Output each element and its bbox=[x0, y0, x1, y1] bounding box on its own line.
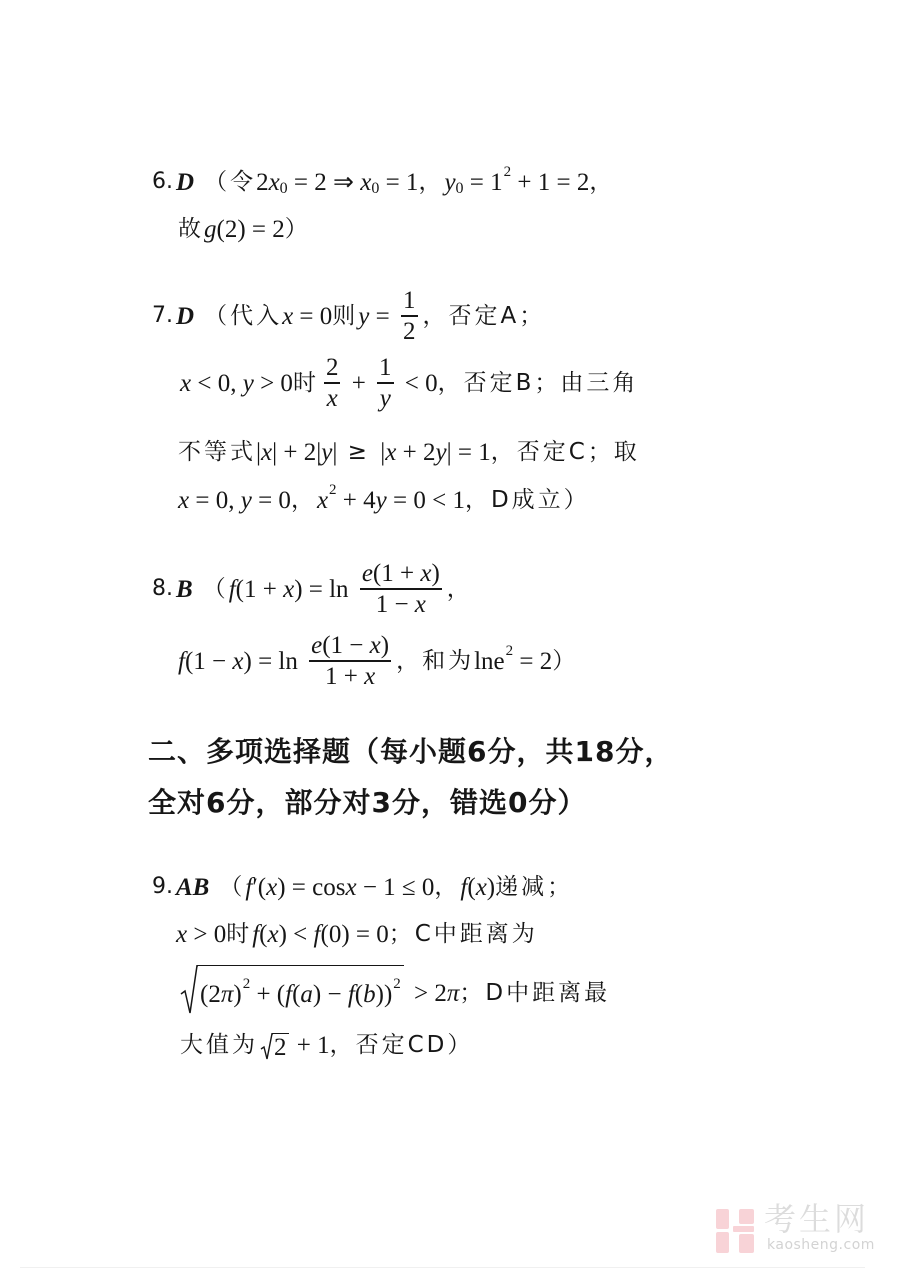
math-variable: y bbox=[321, 440, 332, 465]
math-variable: y bbox=[436, 440, 447, 465]
math-variable: f bbox=[252, 922, 259, 947]
math-variable: x bbox=[476, 875, 487, 900]
q6-line-2: 故 g (2) = 2 ） bbox=[178, 199, 311, 259]
math-text: ) bbox=[381, 633, 389, 658]
answer-choice: AB bbox=[176, 875, 209, 900]
math-text: (1 − bbox=[185, 649, 232, 674]
math-text: 2 bbox=[326, 355, 339, 380]
math-text: lne bbox=[474, 649, 505, 674]
explanation-text: 不等式 bbox=[178, 441, 256, 464]
math-variable: x bbox=[283, 577, 294, 602]
math-superscript: 2 bbox=[506, 644, 514, 659]
math-superscript: 2 bbox=[329, 483, 337, 498]
math-variable: x bbox=[360, 170, 371, 195]
explanation-text: ，否定CD） bbox=[330, 1034, 474, 1057]
inequality-symbol: ≥ bbox=[337, 441, 380, 464]
explanation-text: 时 bbox=[293, 372, 319, 395]
fraction-bar bbox=[401, 315, 418, 317]
explanation-text: ， bbox=[434, 876, 460, 899]
math-text: = 1 bbox=[379, 170, 418, 195]
math-superscript: 2 bbox=[243, 977, 251, 992]
explanation-text: （令 bbox=[204, 171, 256, 194]
explanation-text: ， bbox=[291, 489, 317, 512]
radical-sign-icon bbox=[260, 1033, 273, 1060]
math-variable: g bbox=[204, 217, 217, 242]
math-text: = 0 bbox=[293, 304, 332, 329]
math-text: ) bbox=[487, 875, 495, 900]
q8-line-2: f (1 − x ) = ln e (1 − x ) 1 + x ，和为 lne… bbox=[178, 631, 578, 691]
math-text: + 4 bbox=[337, 488, 376, 513]
fraction-bar bbox=[324, 382, 341, 384]
math-text: = bbox=[369, 304, 396, 329]
fraction-bar bbox=[309, 660, 391, 662]
explanation-text: 递减； bbox=[495, 876, 573, 899]
math-subscript: 0 bbox=[371, 181, 379, 197]
math-variable: e bbox=[311, 633, 322, 658]
math-text: (1 + bbox=[236, 577, 283, 602]
math-text: (1 + bbox=[373, 561, 420, 586]
explanation-text: ，否定A； bbox=[423, 305, 546, 328]
math-text: > 0 bbox=[187, 922, 226, 947]
explanation-text: ） bbox=[552, 650, 578, 673]
math-text: 2 bbox=[403, 319, 416, 344]
fraction-denominator: x bbox=[325, 386, 340, 411]
math-text: = 0 < 1 bbox=[387, 488, 465, 513]
radicand: (2 π ) 2 + ( f ( a ) − f ( b )) 2 bbox=[198, 965, 404, 1014]
math-variable: x bbox=[268, 922, 279, 947]
math-variable: e bbox=[362, 561, 373, 586]
explanation-text: 故 bbox=[178, 218, 204, 241]
math-variable: x bbox=[269, 170, 280, 195]
kaosheng-logo-icon bbox=[716, 1209, 754, 1253]
math-text: (1 − bbox=[322, 633, 369, 658]
answer-key-page: 6. D （令 2 x 0 = 2 ⇒ x 0 = 1 ， y 0 = 1 2 … bbox=[0, 0, 900, 1273]
math-text: = 0, bbox=[189, 488, 241, 513]
math-variable: x bbox=[364, 664, 375, 689]
explanation-text: ；C中距离为 bbox=[389, 923, 538, 946]
math-variable: x bbox=[266, 875, 277, 900]
math-text: ( bbox=[467, 875, 475, 900]
square-root: 2 bbox=[260, 1033, 289, 1060]
q8-line-1: 8. B （ f (1 + x ) = ln e (1 + x ) 1 − x … bbox=[152, 559, 473, 619]
math-text: ) = ln bbox=[244, 649, 305, 674]
math-text: ) bbox=[431, 561, 439, 586]
math-text: = 2 ⇒ bbox=[288, 170, 361, 195]
math-variable: x bbox=[176, 922, 187, 947]
fraction: e (1 + x ) 1 − x bbox=[360, 561, 442, 617]
math-variable: x bbox=[327, 386, 338, 411]
bottom-divider bbox=[20, 1267, 865, 1268]
math-variable: y bbox=[358, 304, 369, 329]
fraction-numerator: e (1 − x ) bbox=[309, 633, 391, 658]
math-superscript: 2 bbox=[393, 977, 401, 992]
section-heading: 二、多项选择题（每小题6分，共18分， bbox=[148, 738, 673, 766]
question-number: 7. bbox=[152, 305, 173, 327]
math-text: < 0 bbox=[399, 371, 438, 396]
math-text: (2) = 2 bbox=[217, 217, 285, 242]
math-variable: π bbox=[447, 981, 460, 1006]
math-text: ′( bbox=[252, 875, 266, 900]
math-text: = 1 bbox=[464, 170, 503, 195]
fraction: 1 2 bbox=[401, 288, 418, 344]
math-variable: y bbox=[444, 170, 455, 195]
math-text: > 0 bbox=[254, 371, 293, 396]
math-variable: f bbox=[348, 982, 355, 1007]
math-variable: f bbox=[460, 875, 467, 900]
explanation-text: （ bbox=[219, 876, 245, 899]
math-variable: x bbox=[232, 649, 243, 674]
fraction-numerator: 1 bbox=[401, 288, 418, 313]
math-variable: x bbox=[385, 440, 396, 465]
explanation-text: （ bbox=[203, 578, 229, 601]
math-variable: x bbox=[261, 440, 272, 465]
math-text: 1 − bbox=[376, 592, 415, 617]
section-heading-line-2: 全对6分，部分对3分，错选0分） bbox=[148, 773, 586, 833]
explanation-text: 则 bbox=[332, 305, 358, 328]
math-variable: y bbox=[241, 488, 252, 513]
math-subscript: 0 bbox=[280, 181, 288, 197]
fraction-denominator: 1 − x bbox=[374, 592, 428, 617]
math-variable: f bbox=[314, 922, 321, 947]
math-variable: x bbox=[370, 633, 381, 658]
math-text: 1 bbox=[403, 288, 416, 313]
radicand: 2 bbox=[273, 1033, 289, 1060]
radical-sign-icon bbox=[180, 965, 198, 1014]
math-variable: a bbox=[300, 982, 313, 1007]
math-text: 2 bbox=[256, 170, 269, 195]
fraction-denominator: 2 bbox=[401, 319, 418, 344]
math-text: (2 bbox=[200, 982, 221, 1007]
math-variable: x bbox=[178, 488, 189, 513]
question-number: 9. bbox=[152, 876, 173, 898]
math-text: (0) = 0 bbox=[321, 922, 389, 947]
q7-line-2: x < 0, y > 0 时 2 x + 1 y < 0 ，否定B；由三角 bbox=[180, 353, 638, 413]
math-variable: f bbox=[245, 875, 252, 900]
math-text: − 1 ≤ 0 bbox=[357, 875, 435, 900]
math-text: ( bbox=[259, 922, 267, 947]
explanation-text: ，否定C；取 bbox=[491, 441, 640, 464]
explanation-text: ） bbox=[285, 218, 311, 241]
math-text: ) < bbox=[279, 922, 314, 947]
question-number: 8. bbox=[152, 578, 173, 600]
answer-choice: D bbox=[176, 170, 194, 195]
fraction-numerator: 2 bbox=[324, 355, 341, 380]
math-variable: y bbox=[243, 371, 254, 396]
fraction-denominator: 1 + x bbox=[323, 664, 377, 689]
answer-choice: D bbox=[176, 304, 194, 329]
math-variable: y bbox=[376, 488, 387, 513]
math-variable: b bbox=[363, 982, 376, 1007]
math-variable: x bbox=[317, 488, 328, 513]
math-text: ) bbox=[233, 982, 241, 1007]
math-text: + 2 bbox=[396, 440, 435, 465]
explanation-text: ，D成立） bbox=[465, 489, 590, 512]
q9-line-3: (2 π ) 2 + ( f ( a ) − f ( b )) 2 > 2 π … bbox=[180, 963, 610, 1023]
math-text: 1 bbox=[379, 355, 392, 380]
math-text: + 1 bbox=[291, 1033, 330, 1058]
math-variable: x bbox=[180, 371, 191, 396]
question-number: 6. bbox=[152, 171, 173, 193]
math-text: 2 bbox=[274, 1035, 287, 1060]
math-variable: π bbox=[221, 982, 234, 1007]
explanation-text: ；D中距离最 bbox=[459, 982, 610, 1005]
math-text: = 2 bbox=[513, 649, 552, 674]
math-text: ) − bbox=[313, 982, 348, 1007]
explanation-text: ，否定B；由三角 bbox=[438, 372, 639, 395]
fraction: 1 y bbox=[377, 355, 394, 411]
math-variable: f bbox=[178, 649, 185, 674]
section-heading-scoring: 全对6分，部分对3分，错选0分） bbox=[148, 789, 586, 817]
math-variable: x bbox=[415, 592, 426, 617]
explanation-text: 大值为 bbox=[180, 1034, 258, 1057]
explanation-text: （代入 bbox=[204, 305, 282, 328]
fraction: e (1 − x ) 1 + x bbox=[309, 633, 391, 689]
explanation-text: ， bbox=[418, 171, 444, 194]
math-text: < 0, bbox=[191, 371, 243, 396]
math-text: ) = ln bbox=[294, 577, 355, 602]
math-variable: f bbox=[285, 982, 292, 1007]
q9-line-4: 大值为 2 + 1 ，否定CD） bbox=[180, 1015, 473, 1075]
q7-line-1: 7. D （代入 x = 0 则 y = 1 2 ，否定A； bbox=[152, 286, 545, 346]
math-text: + ( bbox=[250, 982, 285, 1007]
math-text: ( bbox=[355, 982, 363, 1007]
math-subscript: 0 bbox=[456, 181, 464, 197]
math-text: ) = cos bbox=[277, 875, 345, 900]
math-text: 1 + bbox=[325, 664, 364, 689]
watermark-brand-name: 考生网 bbox=[764, 1203, 869, 1235]
q7-line-4: x = 0, y = 0 ， x 2 + 4 y = 0 < 1 ，D成立） bbox=[178, 470, 590, 530]
math-text: ( bbox=[292, 982, 300, 1007]
fraction: 2 x bbox=[324, 355, 341, 411]
fraction-bar bbox=[360, 588, 442, 590]
math-text: = 0 bbox=[252, 488, 291, 513]
fraction-bar bbox=[377, 382, 394, 384]
math-variable: x bbox=[282, 304, 293, 329]
math-variable: x bbox=[420, 561, 431, 586]
fraction-numerator: e (1 + x ) bbox=[360, 561, 442, 586]
math-text: > 2 bbox=[408, 981, 447, 1006]
answer-choice: B bbox=[176, 577, 193, 602]
watermark-brand-url: kaosheng.com bbox=[767, 1238, 875, 1252]
math-text: + 1 = 2 bbox=[511, 170, 589, 195]
explanation-text: ，和为 bbox=[396, 650, 474, 673]
math-variable: f bbox=[229, 577, 236, 602]
explanation-text: ， bbox=[589, 171, 615, 194]
explanation-text: ， bbox=[447, 578, 473, 601]
math-variable: x bbox=[345, 875, 356, 900]
math-text: | + 2| bbox=[272, 440, 321, 465]
math-superscript: 2 bbox=[504, 165, 512, 180]
math-variable: y bbox=[380, 386, 391, 411]
math-text: | = 1 bbox=[447, 440, 491, 465]
fraction-numerator: 1 bbox=[377, 355, 394, 380]
math-text: + bbox=[345, 371, 372, 396]
fraction-denominator: y bbox=[378, 386, 393, 411]
square-root: (2 π ) 2 + ( f ( a ) − f ( b )) 2 bbox=[180, 965, 404, 1014]
explanation-text: 时 bbox=[226, 923, 252, 946]
q9-line-2: x > 0 时 f ( x ) < f (0) = 0 ；C中距离为 bbox=[176, 904, 538, 964]
math-text: )) bbox=[376, 982, 393, 1007]
